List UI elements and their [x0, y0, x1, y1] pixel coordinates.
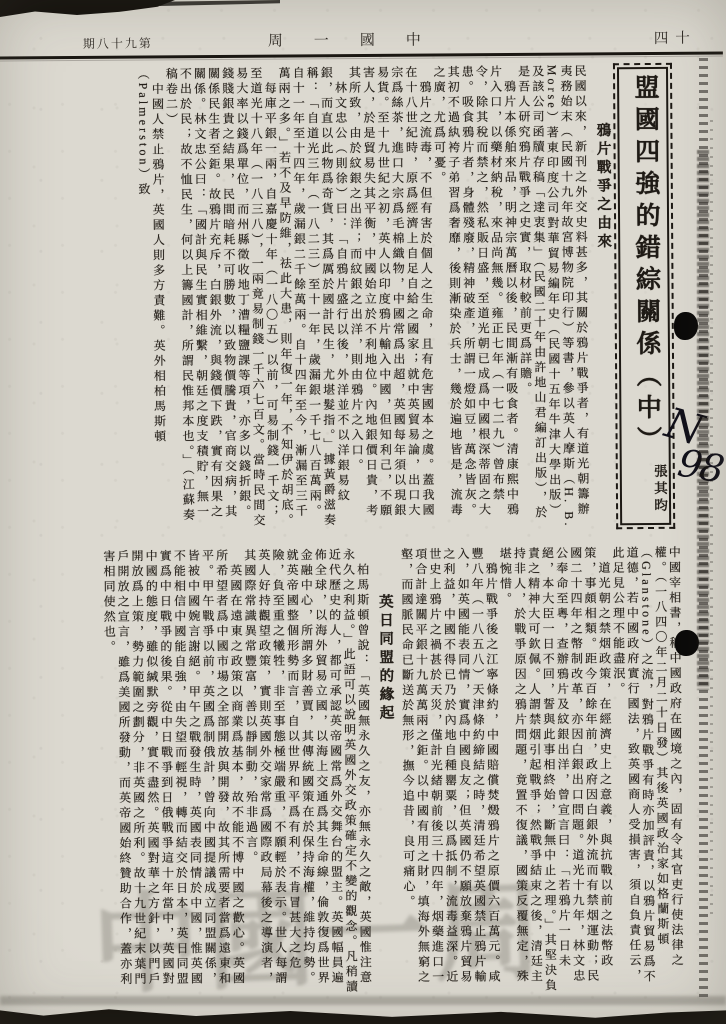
- section-heading-opium-war-origin: 鴉片戰爭之由來: [591, 64, 616, 532]
- page-number: 四十: [654, 27, 697, 48]
- page-header: 四十 周一國中 期八十九第: [0, 23, 723, 52]
- paragraph: 中國人禁止鴉片，英國人則多方責難。英外相柏馬斯頓（Palmerston）致: [136, 67, 167, 535]
- paragraph: 英國在遠東之政策以商業爲基本，故不能不博中國之歡心。英國所希望者爲中國市場之全部…: [102, 549, 246, 998]
- paragraph: 林文忠公（則徐）曰：「自鴉片盛行以後，外洋並不以洋銀易紋銀，而直以此物爲奇貨，其…: [277, 66, 351, 534]
- article-title-box: 盟國四強的錯綜關係（中） 張其昀: [617, 67, 671, 525]
- article-upper-block: 鴉片戰爭之由來 民國以來，新刊之外交史料甚多，其關於鴉片戰爭者，有道光朝籌辦夷務…: [59, 64, 620, 536]
- scan-streaks-right-dense: [697, 150, 709, 690]
- upper-paragraphs: 民國以來，新刊之外交史料甚多，其關於鴉片戰爭者，有道光朝籌辦夷務始末（民國十九年…: [136, 64, 590, 535]
- masthead-title: 周一國中: [268, 28, 452, 50]
- lower-paragraphs: 柏馬斯頓曾說：「英國無永久之友，亦無永久之敵，英國惟注意永久之利益。」此語可以說…: [102, 548, 373, 998]
- lower-paragraphs-continuation: 中國宰相書，稱中國政府在國境之內，固有令其官吏行使法律之權。（一八四〇年二月二十…: [399, 546, 684, 996]
- paragraph: 鴉片之流毒，不但有害於個人之生命，且有危害國本之虞。蓋我國在十八世紀時，原爲經濟…: [347, 66, 435, 535]
- issue-number: 期八十九第: [83, 34, 153, 51]
- paragraph: 中國宰相書，稱中國政府在國境之內，固有令其官吏行使法律之權。（一八四〇年二月二十…: [611, 546, 685, 994]
- header-rule: [0, 51, 723, 59]
- page-content: 四十 周一國中 期八十九第 鴉片戰爭之由來 民國以來，新刊之外交史料甚多，其關於…: [0, 0, 726, 1024]
- scan-streaks-right-thin: [710, 120, 713, 920]
- paragraph: 每庫平銀一兩，自嘉慶十年（一八〇五）以前，可易制錢一千文；至道光十八年（一八三八…: [164, 67, 280, 536]
- article-title: 盟國四強的錯綜關係（中）: [623, 69, 669, 523]
- paragraph: 柏馬斯頓曾說：「英國無永久之友，亦無永久之敵，英國惟注意永久之利益。」此語可以說…: [243, 548, 373, 997]
- paragraph: 道光朝之禁烟政策，在經濟史上之意義，與抗戰以前之法幣政策，事頗相類。距今百餘年前…: [498, 546, 614, 995]
- article-lower-block: 中國宰相書，稱中國政府在國境之內，固有令其官吏行使法律之權。（一八四〇年二月二十…: [45, 546, 684, 998]
- scan-edge-smear-bottom: [0, 996, 726, 1005]
- article-title-column: 盟國四強的錯綜關係（中）: [619, 69, 669, 523]
- paragraph: 鴉片本係舶來品，明神宗萬曆以後，民間漸有吸食者。清康熙中鴉片入口，以藥材納稅，來…: [432, 65, 520, 534]
- article-author: 張其昀: [622, 464, 669, 515]
- section-heading-anglo-japanese-alliance: 英日同盟的緣起: [373, 548, 398, 996]
- paragraph: 民國以來，新刊之外交史料甚多，其關於鴉片戰爭者，有道光朝籌辦夷務始末（民國十九年…: [516, 64, 590, 532]
- paragraph: 鴉片戰爭後之江寧條約，中國賠償焚燬鴉片之原價六百萬元。咸豐八年（一八五八）天津條…: [399, 547, 501, 996]
